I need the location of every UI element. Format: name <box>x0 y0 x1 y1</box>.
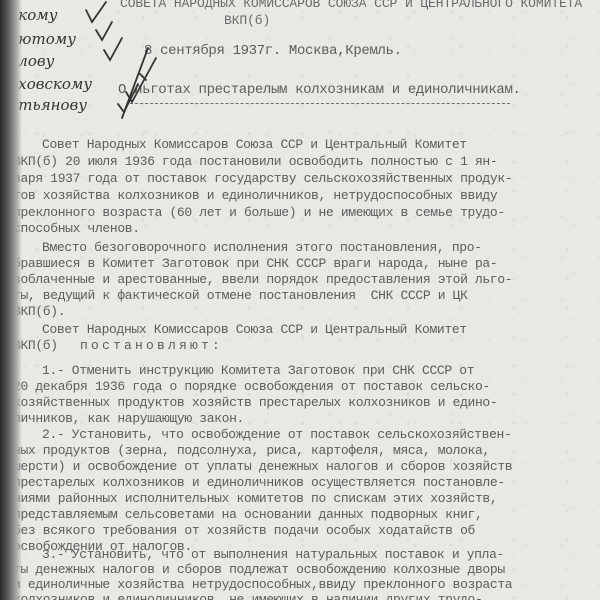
text-line: личников, как нарушающую закон. <box>13 412 244 426</box>
checkmark-icon <box>140 74 146 80</box>
text-line: ты, ведущий к фактической отмене постано… <box>13 289 468 303</box>
text-line: бравшиеся в Комитет Заготовок при СНК СС… <box>13 257 497 271</box>
heading-line-1: СОВЕТА НАРОДНЫХ КОМИССАРОВ СОЮЗА ССР И Ц… <box>120 0 582 11</box>
text-line: Совет Народных Комиссаров Союза ССР и Це… <box>42 138 467 152</box>
text-line: зоблаченные и арестованные, ввели порядо… <box>13 273 512 287</box>
text-line: хозяйственных продуктов хозяйств престар… <box>13 396 497 410</box>
text-line: ты денежных налогов и сборов подлежат ос… <box>13 563 505 577</box>
text-line: ВКП(б) 20 июля 1936 года постановили осв… <box>13 155 497 169</box>
document-title: О льготах престарелым колхозникам и един… <box>118 83 521 97</box>
text-line: 2.- Установить, что освобождение от пост… <box>42 428 511 442</box>
document-page: СОВЕТА НАРОДНЫХ КОМИССАРОВ СОЮЗА ССР И Ц… <box>0 0 600 600</box>
checkmark-icon <box>86 2 106 22</box>
text-line: варя 1937 года от поставок государству с… <box>13 172 512 186</box>
text-line: Вместо безоговорочного исполнения этого … <box>42 241 482 255</box>
text-line: без всякого требования от хозяйств подач… <box>13 524 475 538</box>
text-line: 20 декабря 1936 года о порядке освобожде… <box>13 380 490 394</box>
text-line: шерсти) и освобождение от уплаты денежны… <box>13 460 512 474</box>
checkmark-icon <box>96 22 112 40</box>
text-line: ниями районных исполнительных комитетов … <box>13 492 497 506</box>
text-line: ных продуктов (зерна, подсолнуха, риса, … <box>13 444 490 458</box>
text-line: тов хозяйства колхозников и единоличнико… <box>13 189 497 203</box>
resolve-word: постановляют: <box>80 339 223 353</box>
text-line: 3.- Установить, что от выполнения натура… <box>42 548 504 562</box>
heading-line-2: ВКП(б) <box>224 14 270 28</box>
text-line: престарелых колхозников и единоличников … <box>13 476 505 490</box>
text-line: колхозников и единоличников, не имеющих … <box>13 593 482 600</box>
checkmark-icon <box>104 38 122 60</box>
text-line: представляемым сельсоветами на основании… <box>13 508 482 522</box>
text-line: способных членов. <box>13 222 140 236</box>
text-line: 1.- Отменить инструкцию Комитета Заготов… <box>42 364 474 378</box>
scan-shadow <box>0 0 22 600</box>
text-line: и единоличные хозяйства нетрудоспособных… <box>13 578 512 592</box>
text-line: преклонного возраста (60 лет и больше) и… <box>13 206 505 220</box>
title-underline <box>130 103 510 104</box>
date-place: 8 сентября 1937г. Москва,Кремль. <box>144 44 402 58</box>
text-line: Совет Народных Комиссаров Союза ССР и Це… <box>42 323 467 337</box>
